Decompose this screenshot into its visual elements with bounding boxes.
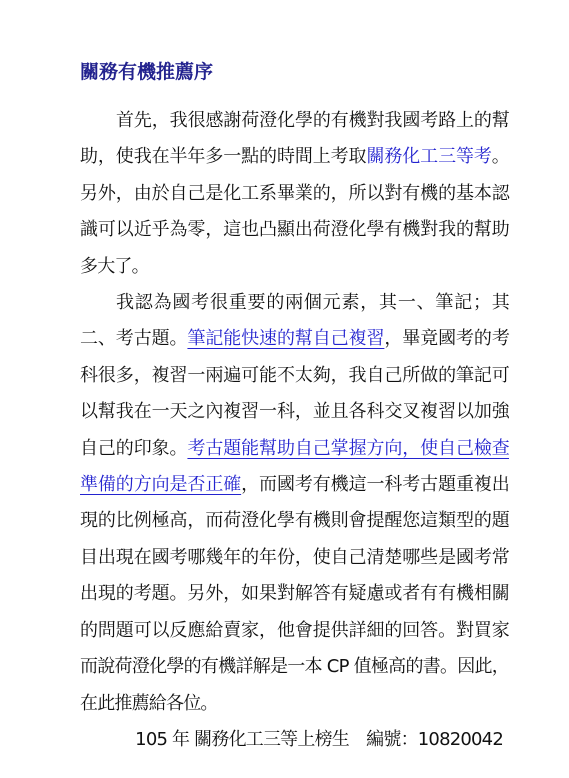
link-exam-name: 關務化工三等考 xyxy=(366,146,491,167)
text-run: ，而國考有機這一科考古題重複出現的比例極高，而荷澄化學有機則會提醒您這類型的題目… xyxy=(80,474,509,713)
footer-signature: 105 年 關務化工三等上榜生 編號：10820042 xyxy=(80,722,509,758)
document-page: 關務有機推薦序 首先，我很感謝荷澄化學的有機對我國考路上的幫助，使我在半年多一點… xyxy=(0,0,569,778)
document-title: 關務有機推薦序 xyxy=(80,57,509,87)
paragraph-main: 我認為國考很重要的兩個元素，其一、筆記；其二、考古題。筆記能快速的幫自己複習，畢… xyxy=(80,285,509,722)
paragraph-intro: 首先，我很感謝荷澄化學的有機對我國考路上的幫助，使我在半年多一點的時間上考取關務… xyxy=(80,103,509,285)
link-notes-benefit[interactable]: 筆記能快速的幫自己複習 xyxy=(187,328,384,349)
